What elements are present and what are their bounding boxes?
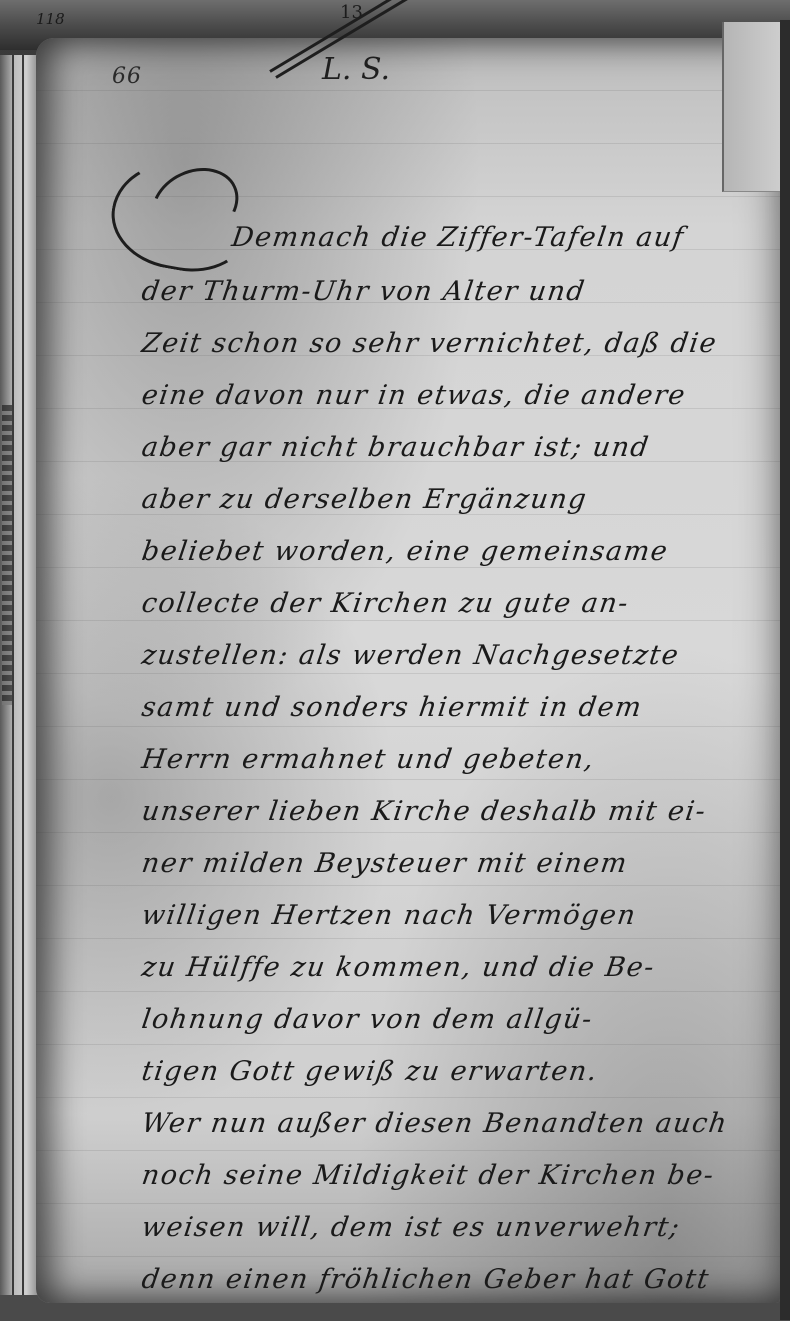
body-line: tigen Gott gewiß zu erwarten. [140, 1056, 600, 1087]
body-line: zustellen: als werden Nachgesetzte [140, 640, 682, 671]
body-text: Demnach die Ziffer-Tafeln auf der Thurm-… [0, 0, 790, 1321]
body-line: weisen will, dem ist es unverwehrt; [140, 1212, 683, 1243]
body-line: eine davon nur in etwas, die andere [140, 380, 688, 411]
body-line: aber zu derselben Ergänzung [140, 484, 589, 515]
body-line: collecte der Kirchen zu gute an- [140, 588, 631, 619]
body-line: Wer nun außer diesen Benandten auch [140, 1108, 730, 1139]
body-line: Zeit schon so sehr vernichtet, daß die [140, 328, 720, 359]
body-line: denn einen fröhlichen Geber hat Gott [140, 1264, 712, 1295]
body-line: unserer lieben Kirche deshalb mit ei- [140, 796, 709, 827]
body-line: ner milden Beysteuer mit einem [140, 848, 630, 879]
body-line: lohnung davor von dem allgü- [140, 1004, 595, 1035]
document-scan: 118 13 66 L. S. Demnach die Ziffer-Tafel… [0, 0, 790, 1321]
body-line: aber gar nicht brauchbar ist; und [140, 432, 652, 463]
body-line: Herrn ermahnet und gebeten, [140, 744, 597, 775]
body-line: beliebet worden, eine gemeinsame [140, 536, 671, 567]
body-line: der Thurm-Uhr von Alter und [140, 276, 588, 307]
body-line: samt und sonders hiermit in dem [140, 692, 645, 723]
body-line: zu Hülffe zu kommen, und die Be- [140, 952, 657, 983]
body-line: Demnach die Ziffer-Tafeln auf [230, 222, 687, 253]
body-line: willigen Hertzen nach Vermögen [140, 900, 639, 931]
body-line: noch seine Mildigkeit der Kirchen be- [140, 1160, 717, 1191]
